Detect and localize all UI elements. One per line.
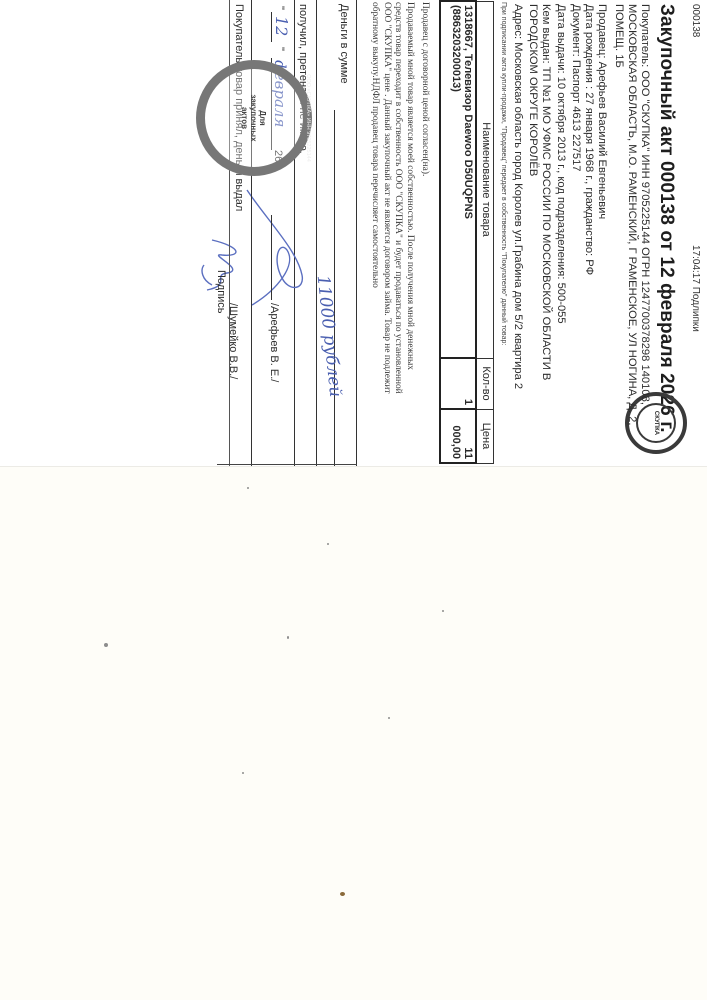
transfer-note: При подписании акта купли-продажи, "Прод… [500, 2, 507, 345]
seller-signature-line [271, 215, 272, 300]
page-title: Закупочный акт 000138 от 12 февраля 2026… [655, 4, 677, 433]
col-header-name: Наименование товара [476, 1, 494, 358]
company-round-stamp: ООО «СКУПКА» ИНН 9705225144 Для закупочн… [196, 60, 312, 176]
seller-birth: Дата рождения : 27 января 1968 г., гражд… [582, 4, 595, 275]
buyer-line-2: МОСКОВСКАЯ ОБЛАСТЬ, М.О. РАМЕНСКИЙ, Г РА… [625, 4, 638, 426]
terms-line-2: средств товар переходит в собственность … [392, 2, 404, 394]
stamp-text-3: актов [241, 107, 250, 129]
goods-barcode: (8863203200013) [450, 5, 462, 354]
amount-line [334, 110, 335, 466]
stamp-logo-text: СКУПКА [653, 411, 659, 435]
buyer-line-1: Покупатель: ООО "СКУПКА" ИНН 9705225144 … [638, 4, 651, 405]
seller-issued-by-2: ГОРОДСКОМ ОКРУГЕ КОРОЛЁВ [526, 4, 539, 176]
dust-speck [340, 892, 345, 896]
goods-name: 1318667, Телевизор Daewoo D50UQPNS [462, 5, 474, 354]
form-right-border [217, 464, 357, 465]
col-header-price: Цена [476, 409, 494, 463]
dust-speck [104, 643, 108, 647]
goods-qty: 1 [440, 358, 476, 409]
stamp-ring-text: ООО «СКУПКА» ИНН 9705225144 [305, 74, 311, 162]
dust-speck [388, 717, 390, 719]
goods-name-cell: 1318667, Телевизор Daewoo D50UQPNS (8863… [440, 1, 476, 358]
stamp-text-1: Для [259, 110, 268, 125]
dust-speck [242, 772, 244, 774]
terms-line-1: Продаваемый мной товар является моей соб… [404, 2, 416, 370]
date-day: 12 [272, 16, 291, 36]
amount-line-2 [316, 0, 317, 466]
col-header-qty: Кол-во [476, 358, 494, 409]
dust-speck [247, 487, 249, 489]
money-label: Деньги в сумме [338, 4, 350, 84]
seller-document: Документ: Паспорт 4613 227517 [569, 4, 582, 172]
date-day-line [271, 12, 272, 42]
terms-line-3: ООО "СКУПКА" цене . Данный закупочный ак… [381, 2, 393, 393]
dust-speck [327, 543, 329, 545]
seller-issue-date: Дата выдачи: 10 октября 2013 г., код под… [554, 4, 567, 324]
signature-caption: Подпись [215, 270, 227, 314]
seller-name: Продавец: Арефьев Василий Евгеньевич [595, 4, 608, 219]
dust-speck [442, 610, 444, 612]
goods-table: Наименование товара Кол-во Цена 1318667,… [439, 0, 494, 464]
seller-signature-name: /Арефьев В. Е./ [268, 303, 280, 382]
goods-price: 11 000,00 [440, 409, 476, 463]
handwritten-amount: 11000 рублей [313, 274, 346, 398]
dust-speck [287, 636, 289, 639]
purchase-act-page: 000138 17:04:17 Подлипки Закупочный акт … [0, 0, 707, 466]
doc-number: 000138 [690, 4, 701, 37]
terms-line-4: обратному выкупу.НДФЛ продавец товара пе… [369, 2, 381, 288]
stamp-logo-icon: СКУПКА [636, 403, 676, 443]
buyer-line-3: ПОМЕЩ. 1Б [612, 4, 625, 68]
stamp-text-2: закупочных [250, 94, 259, 141]
agreement-text: Продавец с договорной ценой согласен(на)… [419, 2, 431, 176]
date-quote-open: " [274, 6, 286, 10]
seller-address: Адрес: Московская область город Королев … [511, 4, 524, 389]
print-info: 17:04:17 Подлипки [690, 245, 701, 332]
goods-table-header: Наименование товара Кол-во Цена [476, 1, 494, 463]
date-quote-close: " [274, 47, 286, 51]
table-row: 1318667, Телевизор Daewoo D50UQPNS (8863… [440, 1, 476, 463]
divider-top [356, 0, 357, 466]
seller-issued-by-1: Кем выдан: ТП №1 МО УФМС РОССИИ ПО МОСКО… [539, 4, 552, 380]
